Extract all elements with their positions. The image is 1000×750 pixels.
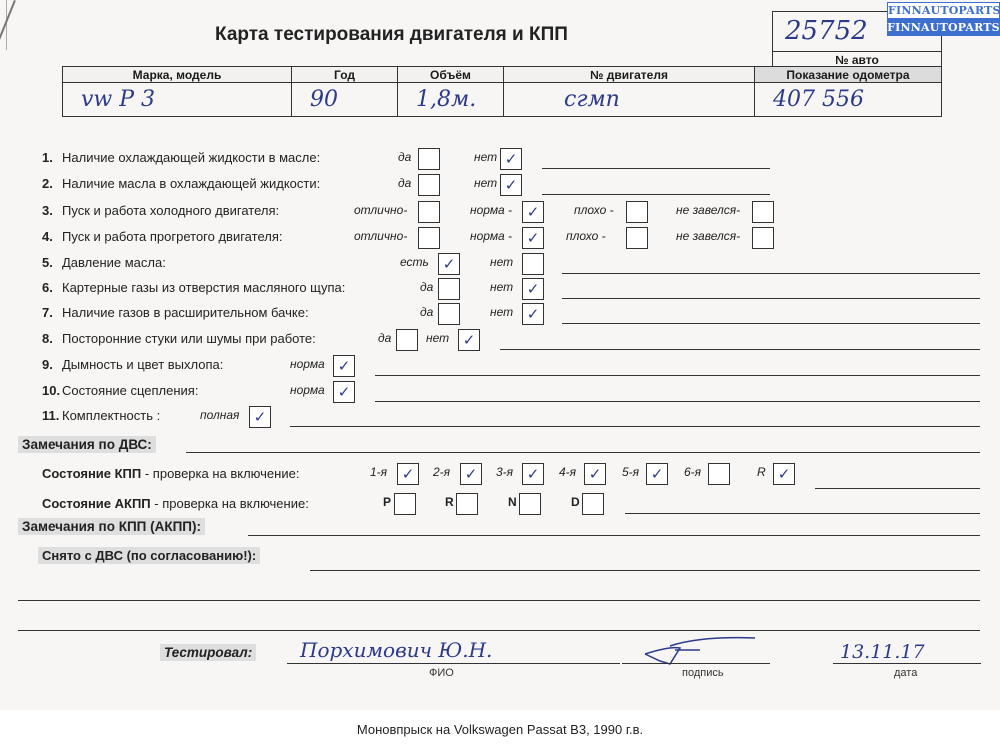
checkbox[interactable]: ✓ <box>333 355 355 377</box>
check-mark-icon: ✓ <box>501 149 521 169</box>
checklist-item: 7.Наличие газов в расширительном бачке: <box>42 305 309 320</box>
col-header-engine-number: № двигателя <box>504 67 755 83</box>
test-date[interactable]: 13.11.17 <box>840 641 925 663</box>
engine-remarks-line[interactable] <box>186 452 980 453</box>
checkbox[interactable] <box>708 463 730 485</box>
option-label: N <box>508 495 517 509</box>
checkbox[interactable] <box>438 278 460 300</box>
col-header-year: Год <box>292 67 398 83</box>
option-label: нет <box>490 255 513 269</box>
manual-gearbox-title: Состояние КПП <box>42 466 141 481</box>
check-mark-icon: ✓ <box>774 464 794 484</box>
remarks-line[interactable] <box>562 323 980 324</box>
checkbox[interactable]: ✓ <box>522 278 544 300</box>
checkbox[interactable]: ✓ <box>249 406 271 428</box>
checkbox[interactable]: ✓ <box>438 253 460 275</box>
date-line <box>833 663 981 664</box>
checkbox[interactable]: ✓ <box>458 329 480 351</box>
option-label: нет <box>490 280 513 294</box>
paper-edge <box>6 0 7 50</box>
item-number: 11. <box>42 408 62 423</box>
checklist-item: 2.Наличие масла в охлаждающей жидкости: <box>42 176 320 191</box>
option-label: D <box>571 495 580 509</box>
remarks-line[interactable] <box>500 349 980 350</box>
remarks-line[interactable] <box>375 401 980 402</box>
option-label: 6-я <box>684 465 701 479</box>
checklist-item: 8.Посторонние стуки или шумы при работе: <box>42 331 316 346</box>
signature-caption: подпись <box>682 667 724 679</box>
option-label: 1-я <box>370 465 387 479</box>
checkbox[interactable] <box>522 253 544 275</box>
check-mark-icon: ✓ <box>647 464 667 484</box>
removed-line-3[interactable] <box>18 630 980 631</box>
checkbox[interactable]: ✓ <box>522 463 544 485</box>
remarks-line[interactable] <box>562 273 980 274</box>
item-label: Давление масла: <box>62 255 166 270</box>
manual-gearbox-desc: - проверка на включение: <box>141 466 299 481</box>
checklist-item: 10.Состояние сцепления: <box>42 383 198 398</box>
option-label: 3-я <box>496 465 513 479</box>
checkbox[interactable]: ✓ <box>522 201 544 223</box>
document-title: Карта тестирования двигателя и КПП <box>215 24 568 46</box>
watermark-logo: FINNAUTOPARTS <box>887 2 1000 19</box>
item-number: 10. <box>42 383 62 398</box>
removed-line[interactable] <box>310 570 980 571</box>
option-label: 4-я <box>559 465 576 479</box>
vehicle-info-table: Марка, модель Год Объём № двигателя Пока… <box>62 66 942 117</box>
auto-gearbox-line[interactable] <box>625 513 980 514</box>
remarks-line[interactable] <box>290 426 980 427</box>
check-mark-icon: ✓ <box>398 464 418 484</box>
checkbox[interactable]: ✓ <box>500 148 522 170</box>
signature-line <box>622 663 770 664</box>
checklist-item: 1.Наличие охлаждающей жидкости в масле: <box>42 150 320 165</box>
option-label: R <box>445 495 454 509</box>
check-mark-icon: ✓ <box>523 228 543 248</box>
item-label: Пуск и работа холодного двигателя: <box>62 203 279 218</box>
checkbox[interactable] <box>752 201 774 223</box>
check-mark-icon: ✓ <box>523 464 543 484</box>
watermark-logo: FINNAUTOPARTS <box>887 19 1000 36</box>
checkbox[interactable] <box>752 227 774 249</box>
item-label: Наличие газов в расширительном бачке: <box>62 305 309 320</box>
option-label: норма - <box>470 203 512 217</box>
check-mark-icon: ✓ <box>585 464 605 484</box>
manual-gearbox-label: Состояние КПП - проверка на включение: <box>42 466 299 481</box>
checkbox[interactable] <box>626 227 648 249</box>
checkbox[interactable] <box>394 493 416 515</box>
checkbox[interactable] <box>418 174 440 196</box>
tester-name[interactable]: Порхимович Ю.Н. <box>300 638 492 662</box>
gearbox-remarks-line[interactable] <box>248 535 980 536</box>
item-number: 1. <box>42 150 62 165</box>
item-label: Наличие масла в охлаждающей жидкости: <box>62 176 320 191</box>
check-mark-icon: ✓ <box>250 407 270 427</box>
option-label: нет <box>474 150 497 164</box>
checkbox[interactable] <box>396 329 418 351</box>
test-card-sheet: Карта тестирования двигателя и КПП 25752… <box>0 0 1000 710</box>
option-label: 2-я <box>433 465 450 479</box>
option-label: отлично- <box>354 229 407 243</box>
item-number: 4. <box>42 229 62 244</box>
removed-label: Снято с ДВС (по согласованию!): <box>38 547 260 564</box>
car-number-label: № авто <box>773 51 941 67</box>
engine-remarks-label: Замечания по ДВС: <box>18 436 156 453</box>
checkbox[interactable]: ✓ <box>584 463 606 485</box>
checkbox[interactable] <box>626 201 648 223</box>
checklist-item: 9.Дымность и цвет выхлопа: <box>42 357 223 372</box>
checkbox[interactable] <box>438 303 460 325</box>
checkbox[interactable] <box>418 201 440 223</box>
option-label: норма <box>290 357 325 371</box>
item-number: 7. <box>42 305 62 320</box>
option-label: да <box>398 150 411 164</box>
col-header-odometer: Показание одометра <box>755 67 942 83</box>
auto-gearbox-label: Состояние АКПП - проверка на включение: <box>42 496 309 511</box>
item-label: Наличие охлаждающей жидкости в масле: <box>62 150 320 165</box>
checkbox[interactable] <box>456 493 478 515</box>
item-label: Дымность и цвет выхлопа: <box>62 357 223 372</box>
checkbox[interactable]: ✓ <box>333 381 355 403</box>
option-label: полная <box>200 408 239 422</box>
remarks-line[interactable] <box>542 168 770 169</box>
check-mark-icon: ✓ <box>461 464 481 484</box>
signature-icon <box>640 636 760 666</box>
checkbox[interactable]: ✓ <box>397 463 419 485</box>
cell-odometer[interactable]: 407 556 <box>755 83 942 117</box>
item-number: 3. <box>42 203 62 218</box>
option-label: да <box>398 176 411 190</box>
checklist-item: 3.Пуск и работа холодного двигателя: <box>42 203 279 218</box>
option-label: да <box>420 305 433 319</box>
option-label: P <box>383 495 391 509</box>
col-header-make: Марка, модель <box>63 67 292 83</box>
checklist-item: 4.Пуск и работа прогретого двигателя: <box>42 229 282 244</box>
item-label: Комплектность : <box>62 408 160 423</box>
option-label: нет <box>474 176 497 190</box>
option-label: R <box>757 465 766 479</box>
col-header-volume: Объём <box>398 67 504 83</box>
check-mark-icon: ✓ <box>334 382 354 402</box>
item-number: 8. <box>42 331 62 346</box>
gearbox-remarks-label: Замечания по КПП (АКПП): <box>18 518 205 535</box>
item-label: Посторонние стуки или шумы при работе: <box>62 331 316 346</box>
item-number: 6. <box>42 280 62 295</box>
checkbox[interactable] <box>582 493 604 515</box>
option-label: 5-я <box>622 465 639 479</box>
option-label: есть <box>400 255 429 269</box>
option-label: да <box>420 280 433 294</box>
option-label: плохо - <box>566 229 606 243</box>
item-number: 5. <box>42 255 62 270</box>
pen-stroke <box>0 0 16 45</box>
item-number: 9. <box>42 357 62 372</box>
item-label: Состояние сцепления: <box>62 383 198 398</box>
checkbox[interactable] <box>418 227 440 249</box>
image-caption: Моновпрыск на Volkswagen Passat B3, 1990… <box>0 722 1000 737</box>
option-label: отлично- <box>354 203 407 217</box>
checkbox[interactable]: ✓ <box>500 174 522 196</box>
removed-line-2[interactable] <box>18 600 980 601</box>
date-caption: дата <box>894 667 917 679</box>
auto-gearbox-title: Состояние АКПП <box>42 496 151 511</box>
option-label: нет <box>426 331 449 345</box>
checkbox[interactable] <box>519 493 541 515</box>
remarks-line[interactable] <box>542 194 770 195</box>
name-caption: ФИО <box>429 667 454 679</box>
cell-volume[interactable]: 1,8м. <box>398 83 504 117</box>
checkbox[interactable]: ✓ <box>522 227 544 249</box>
option-label: нет <box>490 305 513 319</box>
check-mark-icon: ✓ <box>523 202 543 222</box>
auto-gearbox-desc: - проверка на включение: <box>151 496 309 511</box>
check-mark-icon: ✓ <box>523 304 543 324</box>
remarks-line[interactable] <box>375 375 980 376</box>
checkbox[interactable]: ✓ <box>522 303 544 325</box>
check-mark-icon: ✓ <box>523 279 543 299</box>
name-line <box>287 663 620 664</box>
checkbox[interactable]: ✓ <box>646 463 668 485</box>
cell-make[interactable]: vw P 3 <box>63 83 292 117</box>
option-label: да <box>378 331 391 345</box>
item-label: Картерные газы из отверстия масляного щу… <box>62 280 345 295</box>
check-mark-icon: ✓ <box>334 356 354 376</box>
check-mark-icon: ✓ <box>459 330 479 350</box>
check-mark-icon: ✓ <box>501 175 521 195</box>
option-label: не завелся- <box>676 203 740 217</box>
checklist-item: 11.Комплектность : <box>42 408 160 423</box>
item-number: 2. <box>42 176 62 191</box>
remarks-line[interactable] <box>562 298 980 299</box>
item-label: Пуск и работа прогретого двигателя: <box>62 229 282 244</box>
cell-engine-number[interactable]: сгмп <box>504 83 755 117</box>
check-mark-icon: ✓ <box>439 254 459 274</box>
option-label: плохо - <box>574 203 614 217</box>
tested-by-label: Тестировал: <box>160 644 256 661</box>
option-label: норма - <box>470 229 512 243</box>
checklist-item: 5.Давление масла: <box>42 255 166 270</box>
checklist-item: 6.Картерные газы из отверстия масляного … <box>42 280 345 295</box>
checkbox[interactable]: ✓ <box>460 463 482 485</box>
manual-gearbox-line[interactable] <box>815 488 980 489</box>
checkbox[interactable]: ✓ <box>773 463 795 485</box>
cell-year[interactable]: 90 <box>292 83 398 117</box>
option-label: не завелся- <box>676 229 740 243</box>
checkbox[interactable] <box>418 148 440 170</box>
car-number-value: 25752 <box>785 16 868 46</box>
option-label: норма <box>290 383 325 397</box>
